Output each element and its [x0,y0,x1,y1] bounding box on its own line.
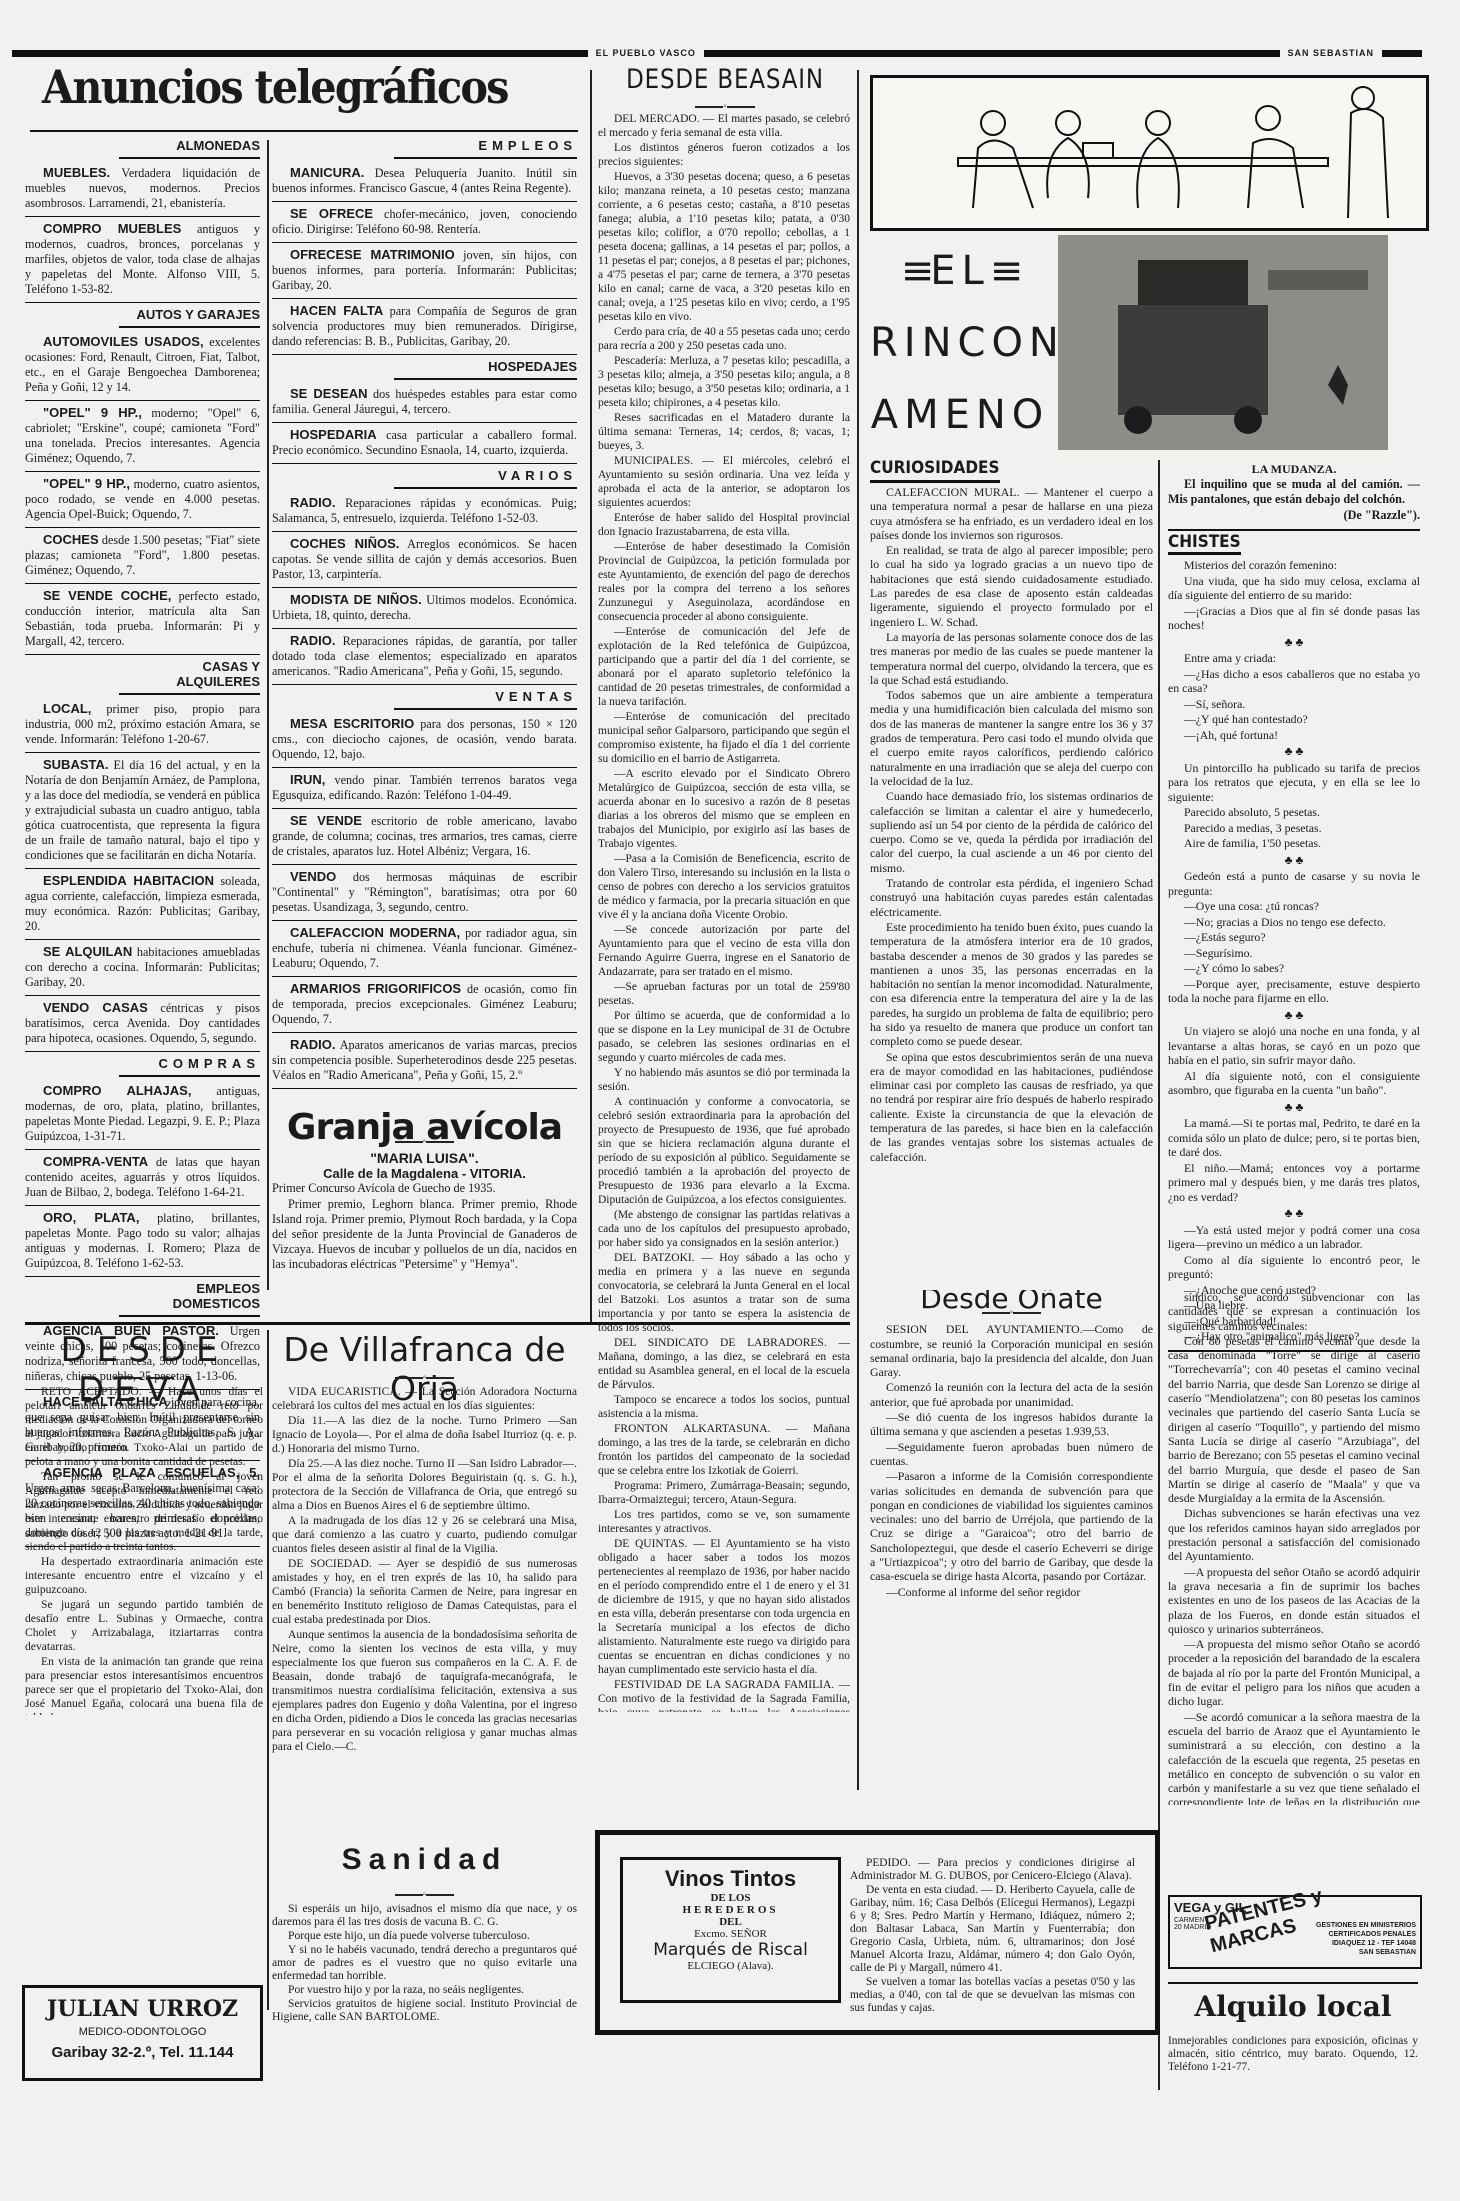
rincon-el-text: EL [930,248,990,294]
classified-ad: ORO, PLATA, platino, brillantes, papelet… [25,1206,260,1277]
classified-ad: HACEN FALTA para Compañía de Seguros de … [272,299,577,355]
granja-name: "MARIA LUISA". [272,1151,577,1166]
classified-ad: CALEFACCION MODERNA, por radiador agua, … [272,921,577,977]
ornament: ◦ [870,1308,1153,1318]
city-name: SAN SEBASTIAN [1288,48,1375,58]
vinos-ad-text: PEDIDO. — Para precios y condiciones dir… [850,1857,1135,2016]
joke-line: Al día siguiente notó, con el consiguien… [1168,1069,1420,1098]
ornament: ◦ [600,102,850,112]
paragraph: —A propuesta del mismo señor Otaño se ac… [1168,1637,1420,1708]
vinos-line: DEL [623,1916,838,1928]
onate-title: Desde Oñate [870,1292,1153,1306]
classified-ad: COCHES desde 1.500 pesetas; "Fiat" siete… [25,528,260,584]
classified-ad: "OPEL" 9 HP., moderno; "Opel" 6, cabriol… [25,401,260,472]
granja-ad: Granja avícola ◦ "MARIA LUISA". Calle de… [272,1120,577,1273]
paragraph: Día 11.—A las diez de la noche. Turno Pr… [272,1414,577,1456]
paragraph: Por último se acuerda, que de conformida… [598,1009,850,1065]
classified-ad: MANICURA. Desea Peluquería Juanito. Inút… [272,161,577,202]
classified-ad: "OPEL" 9 HP., moderno, cuatro asientos, … [25,472,260,528]
paragraph: Se vuelven a tomar las botellas vacías a… [850,1976,1135,2015]
paragraph: Comenzó la reunión con la lectura del ac… [870,1380,1153,1409]
ad-lead: SE VENDE [290,813,362,828]
paragraph: RETO ACEPTADO. — Hace unos días el pelot… [25,1385,263,1469]
classified-ad: OFRECESE MATRIMONIO joven, sin hijos, co… [272,243,577,299]
paragraph: Huevos, a 3'30 pesetas docena; queso, a … [598,170,850,324]
masthead-rule [12,50,588,57]
vinos-ad: Vinos Tintos DE LOS HEREDEROS DEL Excmo.… [595,1830,1160,2035]
paragraph: Reses sacrificadas en el Matadero durant… [598,411,850,453]
paragraph: Porque este hijo, un día puede volverse … [272,1929,577,1942]
category-heading: COMPRAS [119,1056,260,1077]
paragraph: Y no habiendo más asuntos se dió por ter… [598,1066,850,1094]
ad-lead: SE OFRECE [290,206,373,221]
joke-line: Una viuda, que ha sido muy celosa, excla… [1168,574,1420,603]
classified-ad: RADIO. Reparaciones rápidas, de garantía… [272,629,577,685]
ad-lead: VENDO CASAS [43,1000,148,1015]
classified-ad: COCHES NIÑOS. Arreglos económicos. Se ha… [272,532,577,588]
ad-lead: ORO, PLATA, [43,1210,139,1225]
paragraph: DEL SINDICATO DE LABRADORES. — Mañana, d… [598,1336,850,1392]
onate-continuation: síndico, se acordó subvencionar con las … [1168,1290,1420,1805]
paragraph: Programa: Primero, Zumárraga-Beasain; se… [598,1479,850,1507]
ad-lead: RADIO. [290,495,336,510]
patentes-ad: VEGA y GIL CARMEN 20 MADRID PATENTES y M… [1168,1895,1422,1969]
masthead-rule [1382,50,1422,57]
curiosidades-article: CALEFACCION MURAL. — Mantener el cuerpo … [870,485,1153,1290]
cartoon-caption: LA MUDANZA. El inquilino que se muda al … [1168,462,1420,1356]
urroz-address: Garibay 32-2.º, Tel. 11.144 [25,2044,260,2061]
joke-line: Parecido a medias, 3 pesetas. [1168,821,1420,836]
separator-icon: ♣ ♣ [1168,635,1420,650]
ad-lead: VENDO [290,869,336,884]
paragraph: —Enteróse de comunicación del Jefe de ex… [598,625,850,709]
separator-icon: ♣ ♣ [1168,1206,1420,1221]
ad-lead: AUTOMOVILES USADOS, [43,334,204,349]
villafranca-article: VIDA EUCARISTICA. — La Sección Adoradora… [272,1385,577,1825]
paragraph: —Pasaron a informe de la Comisión corres… [870,1469,1153,1583]
joke-line: —Ya está usted mejor y podrá comer una c… [1168,1223,1420,1252]
ad-lead: MUEBLES. [43,165,110,180]
classified-ad: VENDO dos hermosas máquinas de escribir … [272,865,577,921]
classified-ad: ARMARIOS FRIGORIFICOS de ocasión, como f… [272,977,577,1033]
paragraph: síndico, se acordó subvencionar con las … [1168,1290,1420,1333]
paragraph: Día 25.—A las diez noche. Turno II —San … [272,1457,577,1513]
classified-ad: LOCAL, primer piso, propio para industri… [25,697,260,753]
paragraph: —Se acordó comunicar a la señora maestra… [1168,1710,1420,1805]
category-heading: EMPLEOS DOMESTICOS [119,1281,260,1317]
ad-lead: SUBASTA. [43,757,108,772]
paper-name: EL PUEBLO VASCO [596,48,696,58]
paragraph: FRONTON ALKARTASUNA. — Mañana domingo, a… [598,1422,850,1478]
classified-ad: SE VENDE escritorio de roble americano, … [272,809,577,865]
ad-lead: ESPLENDIDA HABITACION [43,873,214,888]
paragraph: —A propuesta del señor Otaño se acordó a… [1168,1565,1420,1636]
curiosidades-title: CURIOSIDADES [870,458,1000,483]
paragraph: Todos sabemos que un aire ambiente a tem… [870,688,1153,788]
patentes-service: CERTIFICADOS PENALES [1316,1930,1416,1939]
vinos-line: Excmo. SEÑOR [623,1928,838,1940]
patentes-service: GESTIONES EN MINISTERIOS [1316,1921,1416,1930]
category-heading: VENTAS [394,689,577,710]
cartoon-caption-text: El inquilino que se muda al del camión. … [1168,477,1420,507]
paragraph: De venta en esta ciudad. — D. Heriberto … [850,1884,1135,1975]
separator-icon: ♣ ♣ [1168,1008,1420,1023]
illustration-table-scene [870,75,1429,231]
granja-title: Granja avícola [272,1120,577,1135]
beasain-article: DEL MERCADO. — El martes pasado, se cele… [598,112,850,1712]
paragraph: Los distintos géneros fueron cotizados a… [598,141,850,169]
paragraph: Los tres partidos, como se ve, son sumam… [598,1508,850,1536]
classified-ad: HOSPEDARIA casa particular a caballero f… [272,423,577,464]
category-heading: EMPLEOS [394,138,577,159]
separator-icon: ♣ ♣ [1168,853,1420,868]
joke-line: —¡Ah, qué fortuna! [1168,728,1420,743]
chistes-list: Misterios del corazón femenino:Una viuda… [1168,558,1420,1344]
paragraph: En vista de la animación tan grande que … [25,1655,263,1715]
paragraph: Tampoco se encarece a todos los socios, … [598,1393,850,1421]
joke-line: —Segurísimo. [1168,946,1420,961]
joke-line: El niño.—Mamá; entonces voy a portarme p… [1168,1161,1420,1205]
ornament: ◦ [272,1890,577,1900]
ornament: ◦ [272,1373,577,1383]
paragraph: Por vuestro hijo y por la raza, no seáis… [272,1983,577,1996]
ad-lead: COCHES [43,532,99,547]
divider [1168,1982,1418,1984]
vinos-line: HEREDEROS [623,1904,838,1916]
classified-ad: SE VENDE COCHE, perfecto estado, conducc… [25,584,260,655]
rincon-title-rincon: RINCON [870,320,1050,366]
classified-ad: ESPLENDIDA HABITACION soleada, agua corr… [25,869,260,940]
paragraph: Servicios gratuitos de higiene social. I… [272,1997,577,2023]
ad-lead: RADIO. [290,1037,336,1052]
paragraph: Dichas subvenciones se harán efectivas u… [1168,1506,1420,1563]
paragraph: —Se aprueban facturas por un total de 25… [598,980,850,1008]
classified-ad: RADIO. Reparaciones rápidas y económicas… [272,491,577,532]
column-divider [1158,460,1160,1290]
vinos-place: ELCIEGO (Alava). [623,1960,838,1972]
paragraph: MUNICIPALES. — El miércoles, celebró el … [598,454,850,510]
paragraph: La mayoría de las personas solamente con… [870,630,1153,687]
alquilo-text: Inmejorables condiciones para exposición… [1168,2035,1418,2074]
joke-line: —¡Gracias a Dios que al fin sé donde pas… [1168,604,1420,633]
anuncios-title: Anuncios telegráficos [42,60,508,114]
paragraph: DE SOCIEDAD. — Ayer se despidió de sus n… [272,1557,577,1627]
paragraph: Aunque sentimos la ausencia de la bondad… [272,1628,577,1754]
chistes-title: CHISTES [1168,535,1241,555]
joke-line: Un viajero se alojó una noche en una fon… [1168,1024,1420,1068]
paragraph: —Seguidamente fueron aprobadas buen núme… [870,1440,1153,1469]
classified-ad: IRUN, vendo pinar. También terrenos bara… [272,768,577,809]
paragraph: —Pasa a la Comisión de Beneficencia, esc… [598,852,850,922]
sanidad-article: Si esperáis un hijo, avisadnos el mismo … [272,1902,577,2024]
category-heading: ALMONEDAS [119,138,260,159]
cartoon-source: (De "Razzle"). [1168,508,1420,523]
classified-ad: MESA ESCRITORIO para dos personas, 150 ×… [272,712,577,768]
patentes-services: GESTIONES EN MINISTERIOS CERTIFICADOS PE… [1316,1921,1416,1957]
patentes-service: IDIAQUEZ 12 - TEF 14048 [1316,1939,1416,1948]
separator-icon: ♣ ♣ [1168,1100,1420,1115]
paragraph: CALEFACCION MURAL. — Mantener el cuerpo … [870,485,1153,542]
paragraph: Cuando hace demasiado frío, los sistemas… [870,789,1153,875]
ad-lead: MODISTA DE NIÑOS. [290,592,422,607]
ad-lead: HACEN FALTA [290,303,383,318]
paragraph: DE QUINTAS. — El Ayuntamiento se ha vist… [598,1537,850,1677]
ad-lead: ARMARIOS FRIGORIFICOS [290,981,461,996]
joke-line: —¿Y cómo lo sabes? [1168,961,1420,976]
paragraph: Tratando de controlar esta pérdida, el i… [870,876,1153,919]
deva-article: RETO ACEPTADO. — Hace unos días el pelot… [25,1385,263,1715]
paragraph: VIDA EUCARISTICA. — La Sección Adoradora… [272,1385,577,1413]
granja-address: Calle de la Magdalena - VITORIA. [272,1166,577,1181]
joke-line: —¿Has dicho a esos caballeros que no est… [1168,667,1420,696]
ad-lead: "OPEL" 9 HP., [43,405,142,420]
sanidad-title: Sanidad [272,1843,577,1877]
paragraph: DEL MERCADO. — El martes pasado, se cele… [598,112,850,140]
paragraph: —Se concede autorización por parte del A… [598,923,850,979]
classified-ad: AUTOMOVILES USADOS, excelentes ocasiones… [25,330,260,401]
ad-lead: "OPEL" 9 HP., [43,476,130,491]
column-divider [590,70,592,1325]
paragraph: —Enteróse de comunicación del precitado … [598,710,850,766]
vinos-line: DE LOS [623,1892,838,1904]
classified-ad: SE ALQUILAN habitaciones amuebladas con … [25,940,260,996]
classified-ad: COMPRO ALHAJAS, antiguas, modernas, de o… [25,1079,260,1150]
ad-lead: OFRECESE MATRIMONIO [290,247,455,262]
paragraph: SESION DEL AYUNTAMIENTO.—Como de costumb… [870,1322,1153,1379]
rincon-title-ameno: AMENO [870,392,1050,438]
joke-line: —¿Y qué han contestado? [1168,712,1420,727]
divider [30,130,578,132]
paragraph: —A escrito elevado por el Sindicato Obre… [598,767,850,851]
urroz-ad: JULIAN URROZ MEDICO-ODONTOLOGO Garibay 3… [22,1985,263,2081]
beasain-title: DESDE BEASAIN [619,64,832,95]
classified-ad: MODISTA DE NIÑOS. Ultimos modelos. Econó… [272,588,577,629]
paragraph: Cerdo para cría, de 40 a 55 pesetas cada… [598,325,850,353]
ad-lead: SE VENDE COCHE, [43,588,171,603]
granja-text: Primer Concurso Avícola de Guecho de 193… [272,1181,577,1196]
paragraph: FESTIVIDAD DE LA SAGRADA FAMILIA. — Con … [598,1678,850,1712]
joke-line: La mamá.—Si te portas mal, Pedrito, te d… [1168,1116,1420,1160]
granja-text: Primer premio, Leghorn blanca. Primer pr… [272,1197,577,1272]
classified-ad: MUEBLES. Verdadera liquidación de mueble… [25,161,260,217]
paragraph: —Se dió cuenta de los ingresos habidos d… [870,1410,1153,1439]
paragraph: Este procedimiento ha tenido buen éxito,… [870,920,1153,1049]
ad-lead: RADIO. [290,633,336,648]
cartoon-moving-truck [1058,235,1388,450]
ad-lead: MESA ESCRITORIO [290,716,414,731]
joke-line: Aire de familia, 1'50 pesetas. [1168,836,1420,851]
vinos-name: Marqués de Riscal [623,1940,838,1960]
ad-lead: MANICURA. [290,165,364,180]
classified-ad: COMPRO MUEBLES antiguos y modernos, cuad… [25,217,260,303]
paragraph: —Enteróse de haber desestimado la Comisi… [598,540,850,624]
category-heading: AUTOS Y GARAJES [119,307,260,328]
ad-lead: SE DESEAN [290,386,368,401]
paragraph: Ha despertado extraordinaria animación e… [25,1555,263,1597]
onate-article: Desde Oñate ◦ SESION DEL AYUNTAMIENTO.—C… [870,1290,1153,1810]
masthead-rule [704,50,1280,57]
classified-ad: SE DESEAN dos huéspedes estables para es… [272,382,577,423]
cartoon-title: LA MUDANZA. [1168,462,1420,477]
joke-line: Parecido absoluto, 5 pesetas. [1168,805,1420,820]
paragraph: Si esperáis un hijo, avisadnos el mismo … [272,1902,577,1928]
column-divider [857,70,859,1790]
joke-line: Un pintorcillo ha publicado su tarifa de… [1168,761,1420,805]
vinos-title: Vinos Tintos [623,1866,838,1892]
paragraph: A continuación y conforme a convocatoria… [598,1095,850,1207]
classified-ad: COMPRA-VENTA de latas que hayan contenid… [25,1150,260,1206]
paragraph: —Conforme al informe del señor regidor [870,1585,1153,1599]
column-divider [267,140,269,1290]
joke-line: Misterios del corazón femenino: [1168,558,1420,573]
paragraph: Se opina que estos descubrimientos serán… [870,1050,1153,1164]
column-divider [267,1330,269,2010]
masthead: EL PUEBLO VASCO SAN SEBASTIAN [12,47,1422,59]
alquilo-title: Alquilo local [1168,1990,1418,2023]
classified-ad: SE OFRECE chofer-mecánico, joven, conoci… [272,202,577,243]
joke-line: —Oye una cosa: ¿tú roncas? [1168,899,1420,914]
divider [25,1322,850,1325]
classified-ad: SUBASTA. El día 16 del actual, y en la N… [25,753,260,869]
paragraph: En realidad, se trata de algo al parecer… [870,543,1153,629]
ad-lead: COMPRA-VENTA [43,1154,148,1169]
urroz-name: JULIAN URROZ [25,1996,260,2022]
ad-lead: IRUN, [290,772,325,787]
ad-lead: COMPRO ALHAJAS, [43,1083,191,1098]
classified-ad: RADIO. Aparatos americanos de varias mar… [272,1033,577,1089]
category-heading: CASAS Y ALQUILERES [119,659,260,695]
classifieds-right-column: EMPLEOSMANICURA. Desea Peluquería Juanit… [272,134,577,1089]
ad-lead: LOCAL, [43,701,91,716]
joke-line: Gedeón está a punto de casarse y su novi… [1168,869,1420,898]
paragraph: Enteróse de haber salido del Hospital pr… [598,511,850,539]
paragraph: Tan pronto se le comunicó al joven Aguin… [25,1470,263,1554]
urroz-profession: MEDICO-ODONTOLOGO [25,2026,260,2038]
paragraph: (Me abstengo de consignar las partidas r… [598,1208,850,1250]
patentes-service: SAN SEBASTIAN [1316,1948,1416,1957]
separator-icon: ♣ ♣ [1168,744,1420,759]
paragraph: Con 80 pesetas el camino vecinal que des… [1168,1334,1420,1506]
joke-line: —¿Estás seguro? [1168,930,1420,945]
joke-line: —No; gracias a Dios no tengo ese defecto… [1168,915,1420,930]
paragraph: A la madrugada de los días 12 y 26 se ce… [272,1514,577,1556]
rincon-title-el: ≡EL≡ [870,248,1050,294]
ad-lead: COMPRO MUEBLES [43,221,181,236]
category-heading: HOSPEDAJES [394,359,577,380]
curiosidades-heading: CURIOSIDADES [870,458,1000,483]
joke-line: Como al día siguiente lo encontró peor, … [1168,1253,1420,1282]
paragraph: Se jugará un segundo partido también de … [25,1598,263,1654]
paragraph: Pescadería: Merluza, a 7 pesetas kilo; p… [598,354,850,410]
joke-line: —Sí, señora. [1168,697,1420,712]
ad-lead: HOSPEDARIA [290,427,377,442]
ad-lead: CALEFACCION MODERNA, [290,925,460,940]
ornament: ◦ [25,1373,263,1383]
ad-lead: SE ALQUILAN [43,944,132,959]
vinos-ad-inner: Vinos Tintos DE LOS HEREDEROS DEL Excmo.… [620,1857,841,2003]
ad-lead: COCHES NIÑOS. [290,536,399,551]
paragraph: PEDIDO. — Para precios y condiciones dir… [850,1857,1135,1883]
classified-ad: VENDO CASAS céntricas y pisos baratísimo… [25,996,260,1052]
joke-line: —Porque ayer, precisamente, estuve despi… [1168,977,1420,1006]
paragraph: Y si no le habéis vacunado, tendrá derec… [272,1943,577,1982]
joke-line: Entre ama y criada: [1168,651,1420,666]
category-heading: VARIOS [394,468,577,489]
